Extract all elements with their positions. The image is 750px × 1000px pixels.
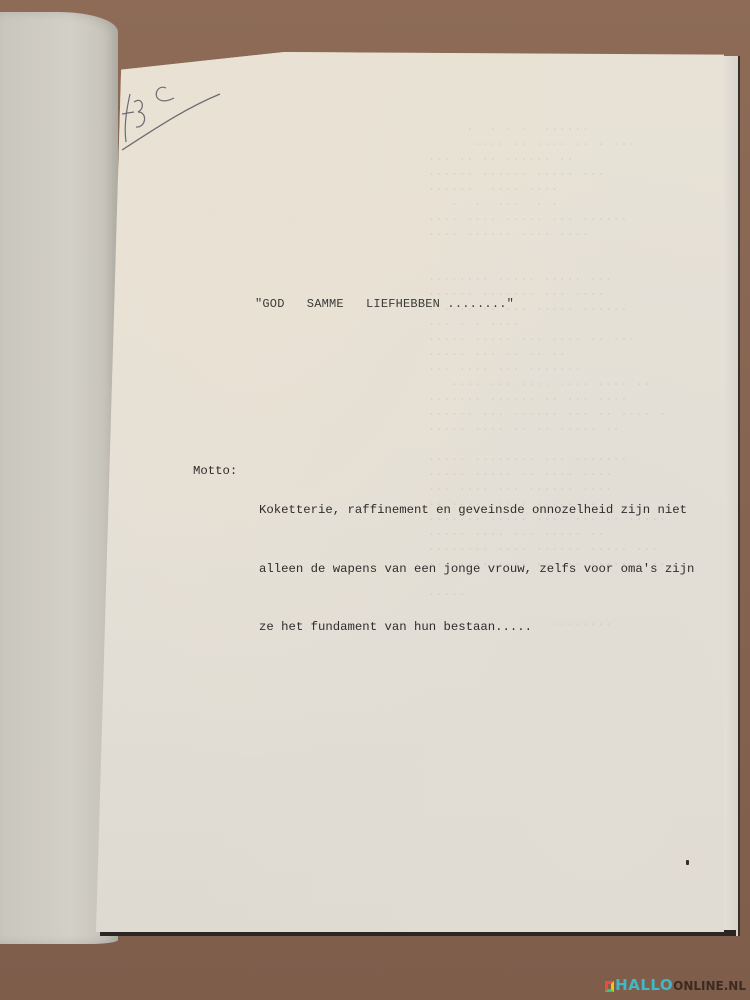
- page-speck: [686, 860, 689, 865]
- handwritten-abc-mark: [116, 72, 226, 152]
- watermark-suffix: ONLINE.NL: [673, 979, 746, 993]
- motto-label: Motto:: [193, 462, 237, 482]
- watermark-brand: HALLO: [615, 976, 673, 994]
- motto-text: Koketterie, raffinement en geveinsde onn…: [259, 462, 694, 677]
- watermark: HALLOONLINE.NL: [605, 976, 746, 994]
- document-title: "GOD SAMME LIEFHEBBEN ........": [255, 297, 514, 311]
- motto-line: ze het fundament van hun bestaan.....: [259, 618, 694, 638]
- motto-line: Koketterie, raffinement en geveinsde onn…: [259, 501, 694, 521]
- motto-line: alleen de wapens van een jonge vrouw, ze…: [259, 560, 694, 580]
- hallo-logo-icon: [605, 981, 614, 992]
